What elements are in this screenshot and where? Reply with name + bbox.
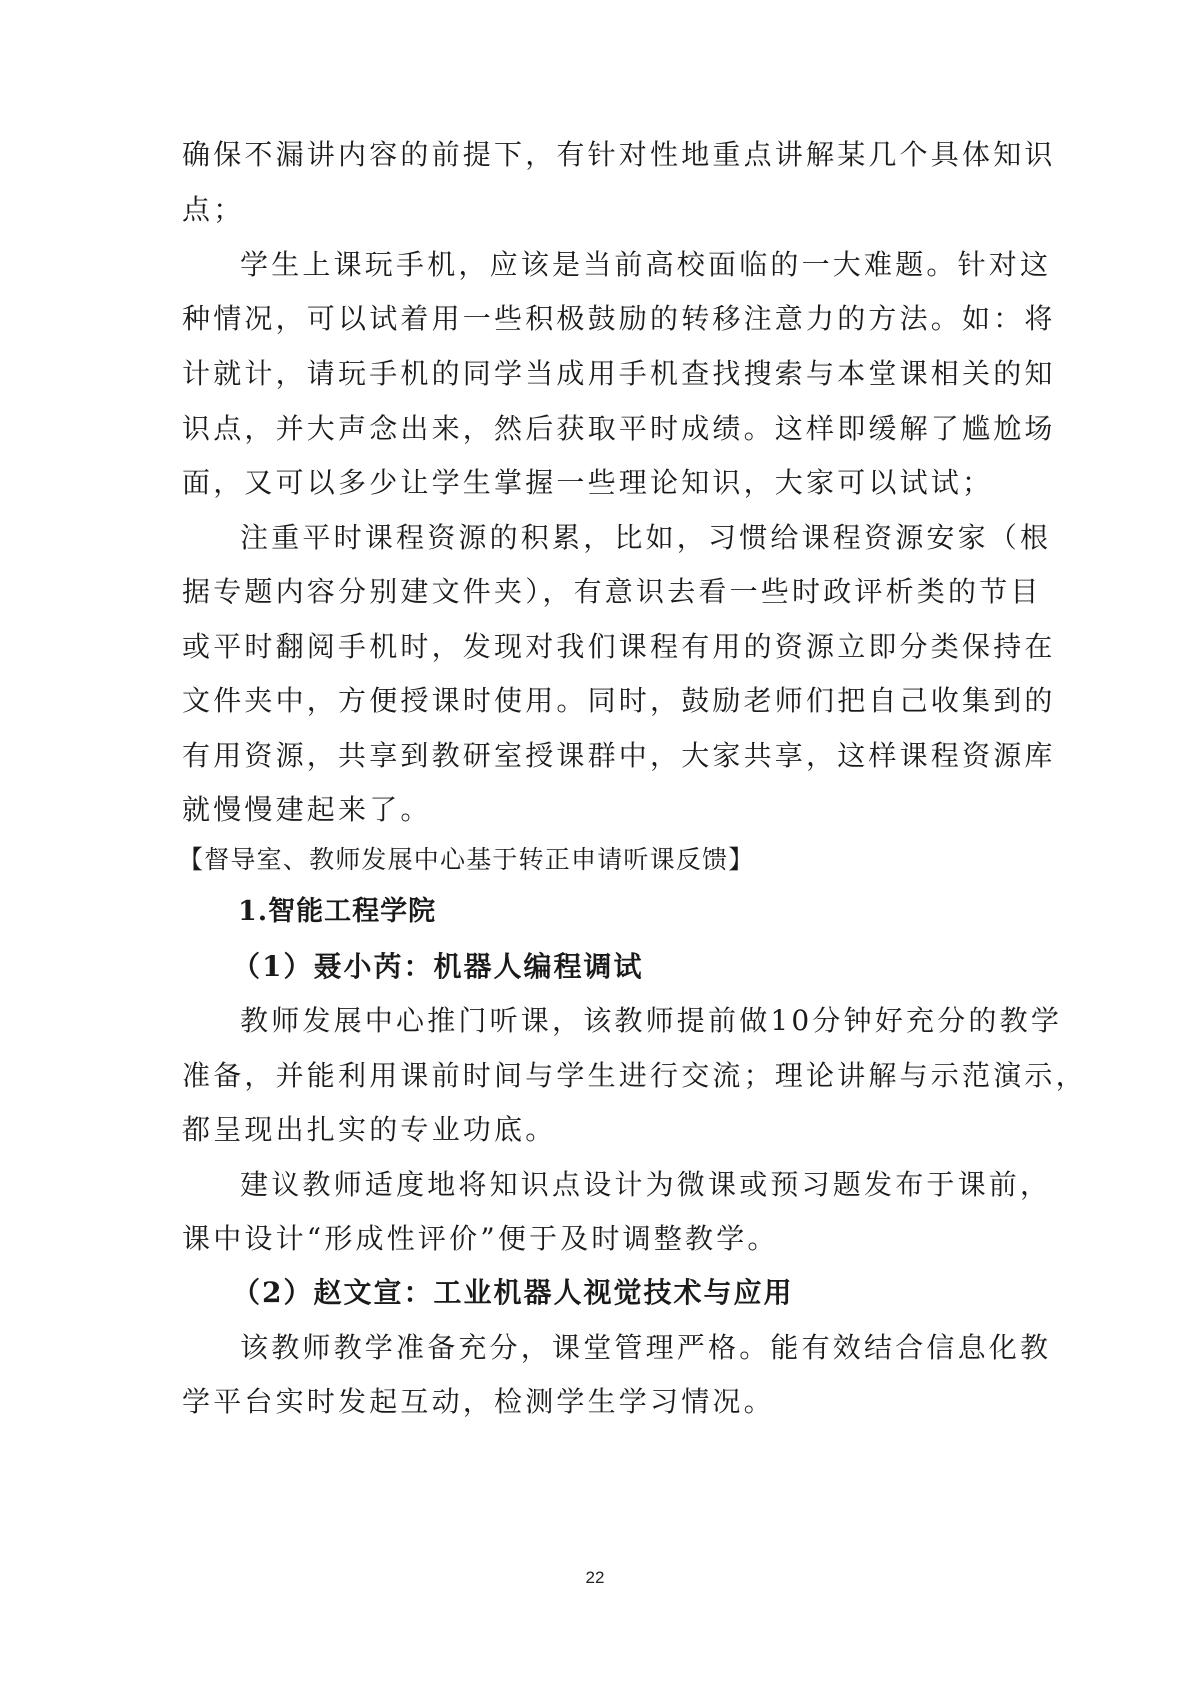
body-text-line: 准备，并能利用课前时间与学生进行交流；理论讲解与示范演示，: [182, 1056, 1087, 1096]
page-number: 22: [0, 1568, 1190, 1588]
body-text-line: 识点，并大声念出来，然后获取平时成绩。这样即缓解了尴尬场: [182, 409, 1056, 449]
body-text-line: 有用资源，共享到教研室授课群中，大家共享，这样课程资源库: [182, 736, 1056, 776]
body-text-line: 确保不漏讲内容的前提下，有针对性地重点讲解某几个具体知识: [182, 135, 1056, 175]
body-text-line: 都呈现出扎实的专业功底。: [182, 1110, 556, 1150]
document-page: 确保不漏讲内容的前提下，有针对性地重点讲解某几个具体知识 点； 学生上课玩手机，…: [0, 0, 1190, 1683]
body-text-line: 学平台实时发起互动，检测学生学习情况。: [182, 1382, 775, 1422]
paragraph-start-line: 建议教师适度地将知识点设计为微课或预习题发布于课前，: [240, 1165, 1051, 1205]
body-text-line: 文件夹中，方便授课时使用。同时，鼓励老师们把自己收集到的: [182, 681, 1056, 721]
item-1-title: （1）聂小芮：机器人编程调试: [232, 947, 643, 987]
college-heading: 1.智能工程学院: [238, 892, 436, 932]
paragraph-start-line: 学生上课玩手机，应该是当前高校面临的一大难题。针对这: [240, 245, 1051, 285]
section-heading: 【督导室、教师发展中心基于转正申请听课反馈】: [178, 840, 754, 880]
body-text-line: 点；: [182, 190, 244, 230]
body-text-line: 计就计，请玩手机的同学当成用手机查找搜索与本堂课相关的知: [182, 354, 1056, 394]
body-text-line: 该教师教学准备充分，课堂管理严格。能有效结合信息化教: [240, 1328, 1051, 1368]
item-2-title: （2）赵文宣：工业机器人视觉技术与应用: [232, 1273, 794, 1313]
body-text-line: 面，又可以多少让学生掌握一些理论知识，大家可以试试；: [182, 463, 993, 503]
paragraph-start-line: 注重平时课程资源的积累，比如，习惯给课程资源安家（根: [240, 518, 1051, 558]
body-text-line: 种情况，可以试着用一些积极鼓励的转移注意力的方法。如：将: [182, 299, 1056, 339]
body-text-line: 就慢慢建起来了。: [182, 790, 432, 830]
body-text-line: 或平时翻阅手机时，发现对我们课程有用的资源立即分类保持在: [182, 627, 1056, 667]
body-text-line: 教师发展中心推门听课，该教师提前做10分钟好充分的教学: [240, 1001, 1062, 1041]
body-text-line: 据专题内容分别建文件夹），有意识去看一些时政评析类的节目: [182, 572, 1042, 612]
body-text-line: 课中设计“形成性评价”便于及时调整教学。: [182, 1219, 779, 1259]
